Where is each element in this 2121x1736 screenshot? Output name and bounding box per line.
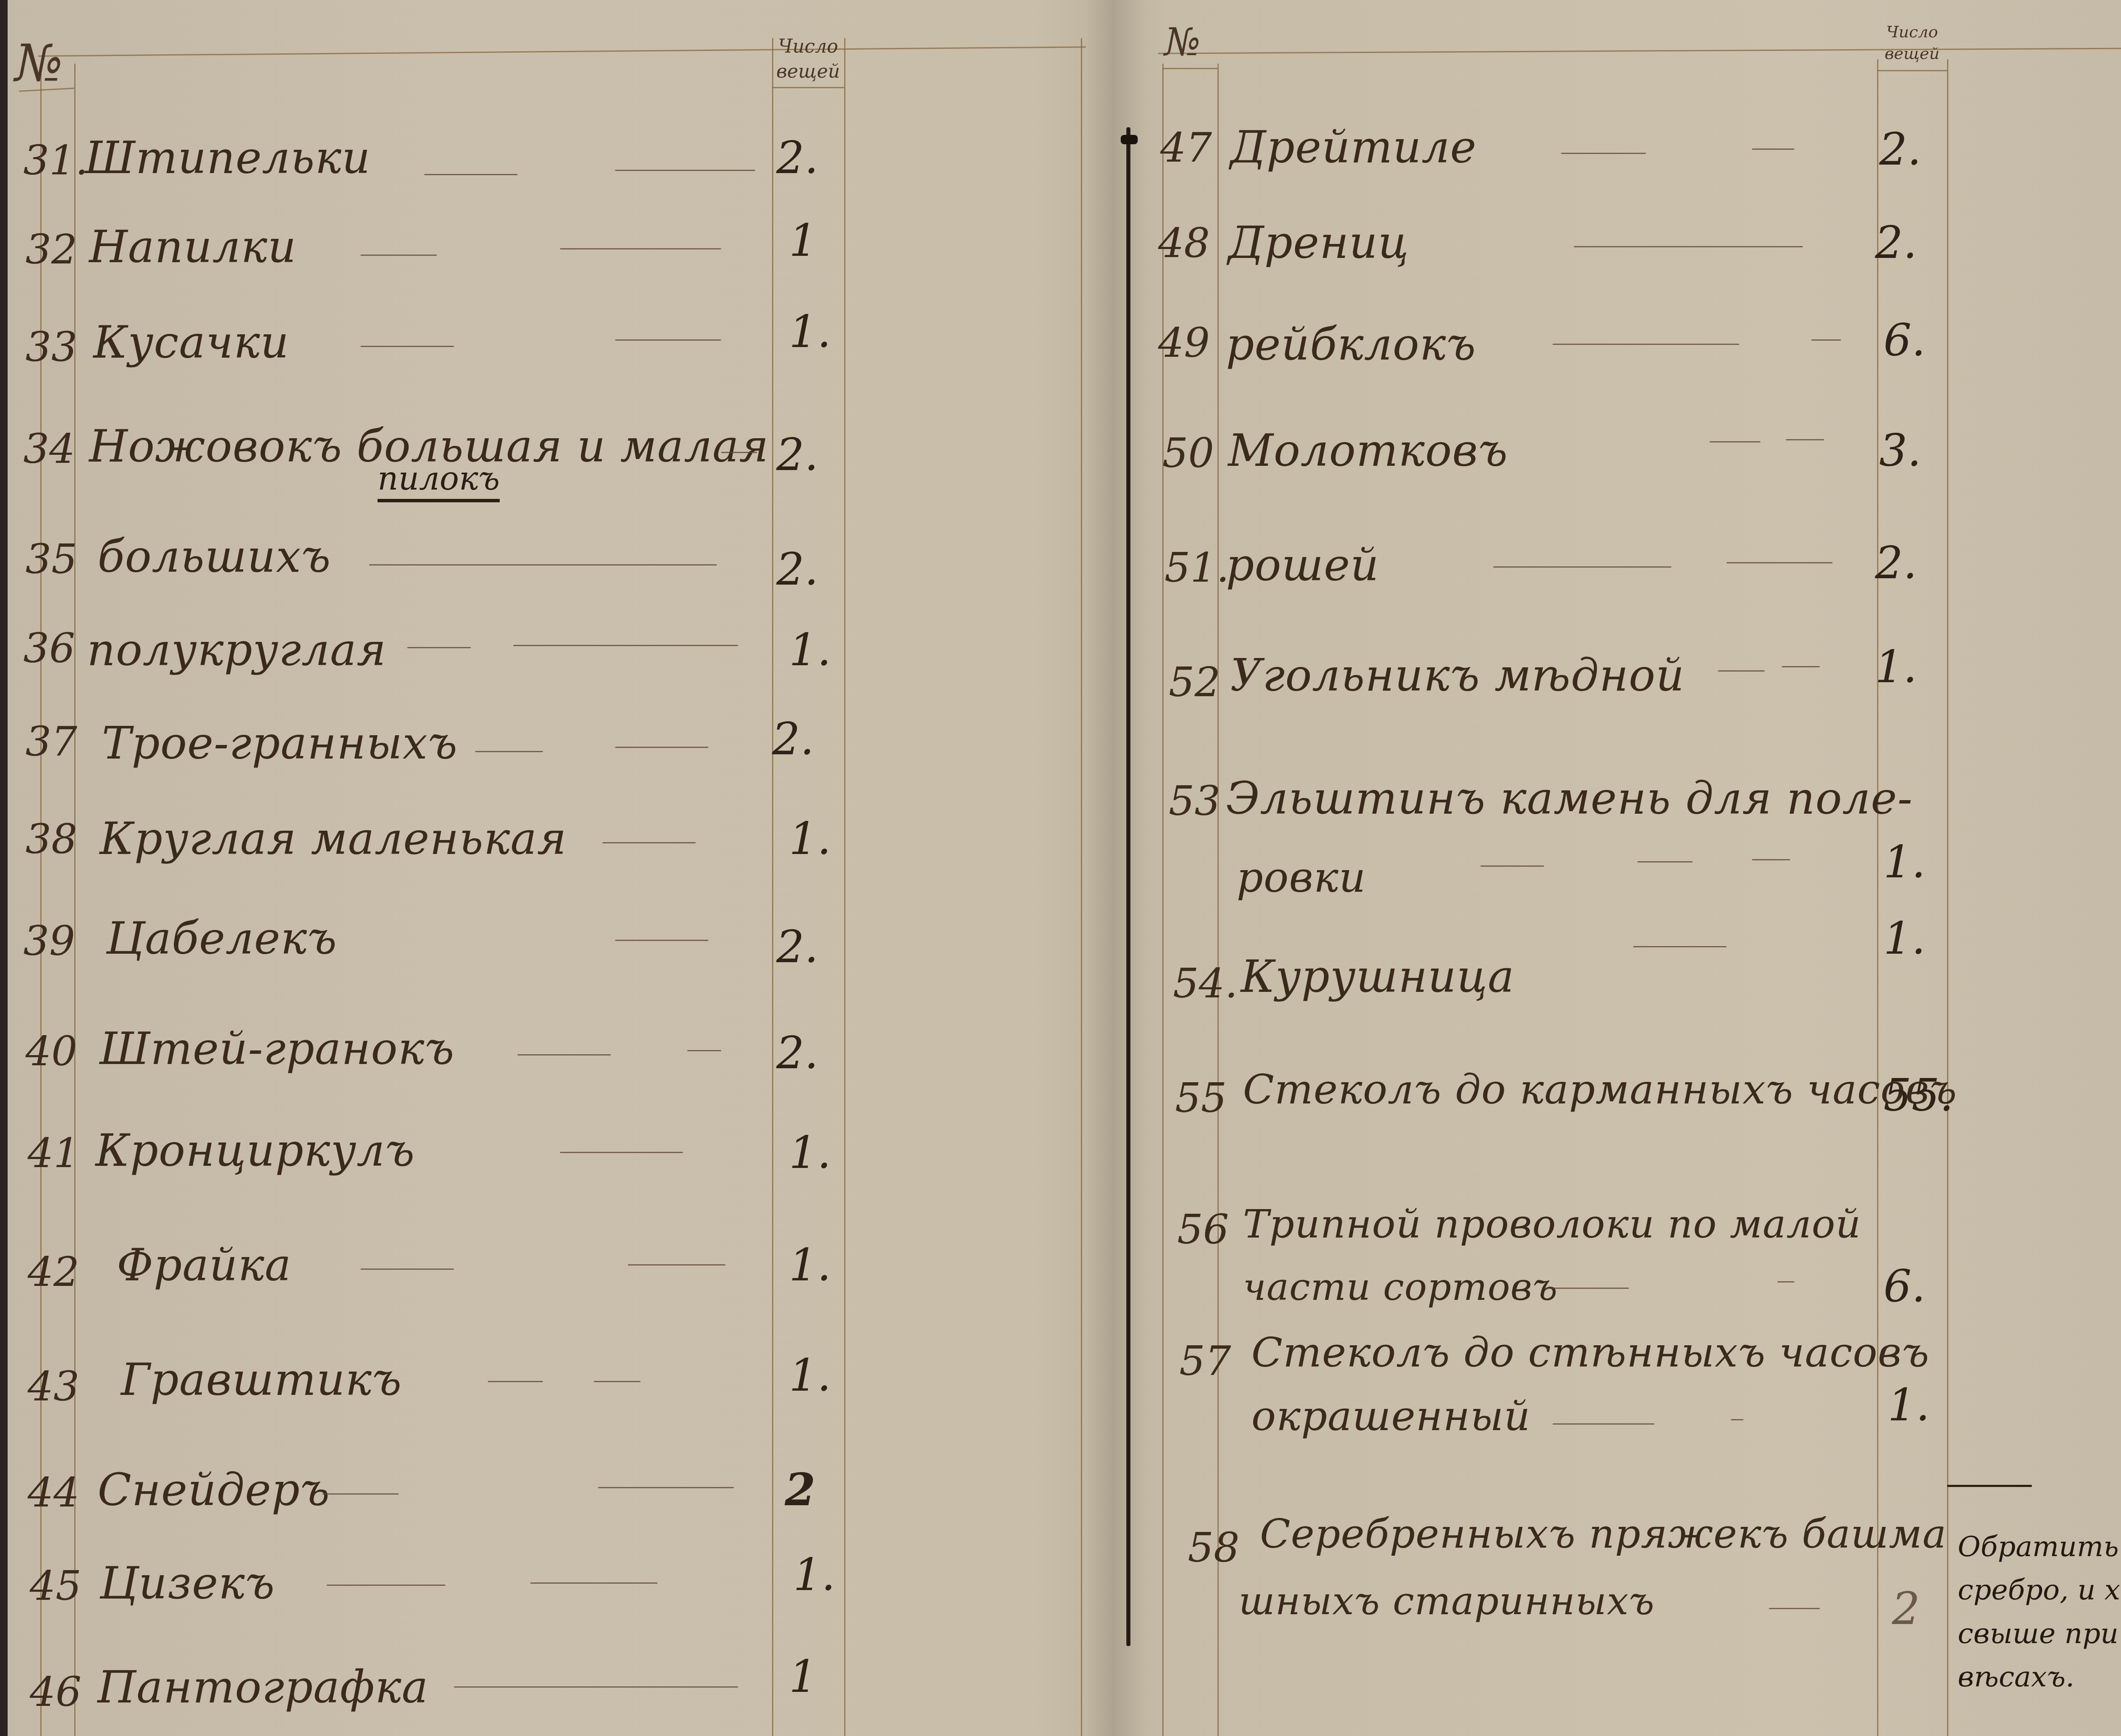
item-description-continuation: шныхъ старинныхъ [1239,1582,1655,1621]
item-number: 51. [1164,547,1229,588]
page-right-rule [1081,38,1082,1736]
filler-dash [602,842,696,843]
filler-dash [560,1152,683,1153]
item-description: Трое-гранныхъ [102,721,458,765]
filler-dash [407,647,471,648]
filler-dash [1561,153,1646,154]
filler-dash [615,170,755,171]
remark-line: вѣсахъ. [1958,1655,2121,1699]
filler-dash [1710,441,1760,442]
qty-header-underline [1877,70,1947,71]
item-quantity: 2. [776,1031,818,1075]
filler-dash [361,255,437,256]
item-quantity: 2 [1892,1587,1920,1631]
ledger-spread: № Число вещей 31. Штипельки 2. 32 Напилк… [0,0,2121,1736]
filler-dash [1786,439,1824,440]
remark-line: свыше при при [1958,1612,2121,1655]
item-quantity: 2. [776,433,818,477]
item-description: Круглая маленькая [100,817,567,861]
item-number: 46 [30,1672,81,1712]
filler-dash [1544,1288,1629,1289]
item-quantity: 6. [1883,1264,1925,1308]
quantity-header-line2: вещей [1875,43,1949,64]
remark-separator [1947,1485,2032,1487]
top-border-line [1158,48,2121,54]
item-number: 31. [23,140,88,181]
filler-dash [1553,344,1739,345]
filler-dash [1493,566,1671,568]
item-description-continuation: окрашенный [1251,1396,1531,1436]
item-quantity: 1. [793,1553,835,1597]
item-quantity: 1. [1875,645,1917,689]
item-quantity: 1. [789,1131,831,1175]
filler-dash [1726,562,1833,563]
item-quantity: 55. [1883,1073,1953,1117]
quantity-column-header: Число вещей [1875,21,1949,65]
item-number: 55 [1175,1078,1227,1118]
qty-header-underline [772,87,844,88]
item-number: 33 [25,327,77,367]
filler-dash [1574,246,1803,247]
item-description: Серебренныхъ пряжекъ башма [1260,1515,1947,1554]
item-description: Стеколъ до стѣнныхъ часовъ [1251,1332,1929,1373]
item-number: 49 [1158,322,1210,363]
item-number: 43 [28,1366,79,1407]
filler-dash [1777,1281,1794,1282]
filler-dash [560,248,721,249]
filler-dash [530,1582,658,1584]
item-number: 57 [1179,1341,1231,1381]
filler-dash [1782,666,1820,667]
qty-column-left-rule [1877,59,1878,1736]
number-column-left-rule [1162,64,1164,1736]
qty-column-left-rule [772,38,773,1736]
filler-dash [628,1264,725,1266]
item-description-continuation: части сортовъ [1243,1268,1558,1306]
item-number: 54. [1173,963,1238,1004]
item-quantity: 3. [1879,428,1921,473]
filler-dash [687,1050,721,1051]
item-description: Фрайка [117,1243,291,1287]
right-page: № Число вещей 18 47 Дрейтиле 2. 48 Дрени… [1116,0,2121,1736]
item-number: 44 [28,1472,79,1513]
item-number: 48 [1158,223,1210,263]
inserted-word: пилокъ [378,462,500,502]
item-description: Цизекъ [100,1561,275,1605]
item-quantity: 1 [789,1655,817,1699]
filler-dash [361,1268,454,1270]
quantity-column-header: Число вещей [770,34,846,84]
item-number: 42 [28,1252,79,1292]
number-header-underline [1162,68,1217,69]
filler-dash [488,1381,543,1382]
item-description: Цабелекъ [106,916,337,960]
item-quantity: 1. [789,1243,831,1287]
number-column-right-rule [1217,64,1219,1736]
item-description: Гравштикъ [121,1358,402,1402]
filler-dash [615,747,708,748]
remark-note: Обратить въ сребро, и хранить свыше при … [1958,1525,2121,1699]
page-number: 18 [2114,56,2121,146]
number-column-header: № [15,38,63,89]
filler-dash [513,645,738,646]
item-description: Эльштинъ камень для поле- [1226,776,1913,820]
filler-dash [1811,339,1841,341]
item-number: 40 [25,1031,77,1072]
item-description: Штипельки [85,136,371,180]
remark-line: сребро, и хранить [1958,1568,2121,1612]
filler-dash [1553,1423,1654,1425]
filler-dash [1480,865,1544,867]
filler-dash [327,1585,445,1586]
item-number: 32 [25,229,77,270]
item-quantity: 2. [776,547,818,591]
item-quantity: 1. [789,817,831,861]
remark-line: Обратить въ [1958,1525,2121,1568]
item-number: 56 [1177,1209,1229,1250]
item-quantity: 1 [789,218,817,263]
filler-dash [322,1493,399,1495]
item-quantity: 1. [789,310,831,354]
item-number: 38 [25,819,77,860]
item-quantity: 2. [776,136,818,180]
item-number: 58 [1188,1527,1240,1568]
item-description: Снейдеръ [98,1468,330,1512]
item-description: Кусачки [93,320,289,364]
filler-dash [615,339,721,341]
item-quantity: 1. [789,1353,831,1397]
item-description: полукруглая [87,628,386,672]
item-quantity: 2. [1875,221,1917,265]
item-description: Молотковъ [1228,428,1508,473]
item-description: Напилки [89,225,297,269]
filler-dash [1718,670,1765,672]
filler-dash [454,1686,738,1688]
filler-dash [1752,859,1790,860]
item-number: 53 [1169,781,1220,821]
item-quantity: 1. [1888,1383,1930,1427]
item-description: Штей-гранокъ [100,1027,455,1071]
item-description: Трипной проволоки по малой [1243,1205,1861,1244]
filler-dash [1633,946,1726,947]
item-number: 45 [30,1565,81,1606]
item-description: Пантографка [98,1665,428,1709]
item-number: 52 [1169,662,1220,703]
item-number: 35 [25,539,77,580]
item-number: 39 [23,921,75,961]
item-quantity: 2. [772,717,814,761]
number-column-header: № [1164,23,1200,62]
item-quantity: 2. [1879,127,1921,171]
filler-dash [369,564,717,566]
quantity-header-line2: вещей [770,59,846,84]
item-description: Курушница [1241,955,1514,999]
filler-dash [1769,1608,1820,1609]
item-quantity: 1. [1883,916,1925,960]
quantity-header-line1: Число [770,34,846,59]
item-quantity: 1. [789,628,831,672]
top-border-line [38,46,1086,57]
qty-column-right-rule [844,38,845,1736]
item-description: Дрейтиле [1230,125,1477,169]
item-description: Стеколъ до карманныхъ часовъ [1243,1069,1957,1110]
item-description: рейбклокъ [1226,322,1476,367]
filler-dash [598,1487,734,1488]
filler-dash [424,174,518,175]
item-quantity: 2. [776,925,818,969]
item-quantity: 2 [785,1468,815,1512]
item-number: 50 [1162,433,1214,473]
left-page: № Число вещей 31. Штипельки 2. 32 Напилк… [0,0,1116,1736]
item-number: 37 [25,721,77,762]
filler-dash [594,1381,641,1382]
item-description: Угольникъ мѣдной [1230,653,1684,697]
filler-dash [1752,148,1794,150]
filler-dash [615,940,708,941]
item-quantity: 6. [1883,318,1925,362]
item-number: 47 [1160,127,1212,168]
item-number: 36 [23,628,75,669]
item-description: рошей [1226,543,1379,587]
filler-dash [1637,861,1693,862]
filler-dash [1731,1419,1743,1420]
quantity-header-line1: Число [1875,21,1949,43]
filler-dash [361,346,454,347]
item-description: большихъ [98,535,331,579]
item-quantity: 2. [1875,541,1917,585]
item-number: 41 [28,1133,79,1173]
item-description-continuation: ровки [1237,857,1366,899]
filler-dash [721,452,757,453]
item-quantity: 1. [1883,840,1925,884]
item-description: Дрениц [1228,221,1409,265]
filler-dash [475,751,543,752]
item-number: 34 [23,428,75,469]
filler-dash [518,1054,611,1056]
item-description: Кронциркулъ [95,1128,415,1173]
